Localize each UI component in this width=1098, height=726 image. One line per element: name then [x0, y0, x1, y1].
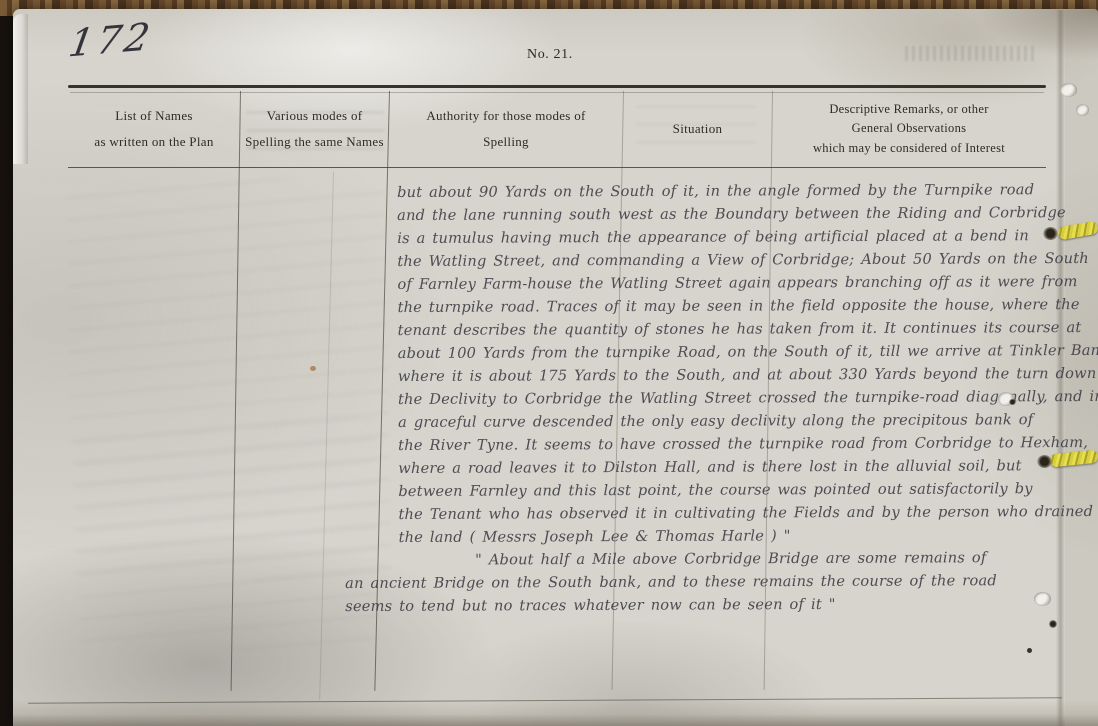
handwritten-line: but about 90 Yards on the South of it, i…	[397, 178, 1098, 204]
handwritten-line: between Farnley and this last point, the…	[398, 477, 1098, 503]
column-header-authority: Authority for those modes of Spelling	[391, 92, 621, 166]
page-curl-left	[13, 14, 28, 164]
header-line: Spelling the same Names	[245, 129, 384, 155]
handwritten-line: and the lane running south west as the B…	[397, 201, 1098, 227]
handwritten-line: the land ( Messrs Joseph Lee & Thomas Ha…	[399, 523, 1098, 549]
thread-hole	[1037, 455, 1052, 468]
header-line: Descriptive Remarks, or other	[829, 100, 988, 120]
header-line: Various modes of	[267, 103, 363, 129]
column-header-remarks: Descriptive Remarks, or other General Ob…	[774, 90, 1044, 168]
handwritten-line: a graceful curve descended the only easy…	[398, 408, 1098, 434]
punch-hole	[1009, 399, 1016, 405]
paper-speck	[1027, 648, 1032, 653]
handwritten-folio-number: 172	[66, 15, 156, 66]
header-line: Authority for those modes of	[426, 103, 585, 129]
handwritten-line: about 100 Yards from the turnpike Road, …	[398, 339, 1098, 365]
table-top-rule	[68, 85, 1046, 88]
handwritten-line: the Watling Street, and commanding a Vie…	[397, 247, 1098, 273]
header-line: General Observations	[852, 119, 967, 139]
header-line: as written on the Plan	[94, 129, 213, 155]
handwritten-line: the turnpike road. Traces of it may be s…	[398, 293, 1098, 319]
handwritten-line: the River Tyne. It seems to have crossed…	[398, 431, 1098, 457]
handwritten-line: the Tenant who has observed it in cultiv…	[398, 500, 1098, 526]
header-line: Situation	[673, 116, 723, 142]
column-header-spellings: Various modes of Spelling the same Names	[242, 92, 387, 166]
handwritten-line: tenant describes the quantity of stones …	[398, 316, 1098, 342]
header-line: List of Names	[115, 103, 193, 129]
handwritten-line: where it is about 175 Yards to the South…	[398, 362, 1098, 388]
column-header-situation: Situation	[625, 92, 770, 166]
handwritten-line: " About half a Mile above Corbridge Brid…	[345, 546, 997, 572]
handwritten-line: where a road leaves it to Dilston Hall, …	[398, 454, 1098, 480]
paper-speck	[310, 366, 316, 371]
handwritten-line: seems to tend but no traces whatever now…	[345, 592, 997, 618]
handwritten-remarks-paragraph-2: " About half a Mile above Corbridge Brid…	[345, 546, 997, 618]
punch-hole	[1076, 104, 1089, 116]
handwritten-remarks-paragraph-1: but about 90 Yards on the South of it, i…	[397, 178, 1098, 549]
scanned-ledger-photo: { "document": { "page_number": "172", "s…	[0, 0, 1098, 726]
printed-sheet-number: No. 21.	[527, 47, 573, 63]
handwritten-line: of Farnley Farm-house the Watling Street…	[397, 270, 1098, 296]
punch-hole	[1060, 83, 1077, 97]
header-line: Spelling	[483, 129, 529, 155]
punch-hole	[1049, 620, 1057, 628]
punch-hole	[1034, 592, 1051, 606]
header-line: which may be considered of Interest	[813, 139, 1005, 159]
handwritten-line: the Declivity to Corbridge the Watling S…	[398, 385, 1098, 411]
column-header-names: List of Names as written on the Plan	[70, 92, 238, 166]
thread-hole	[1043, 227, 1058, 240]
handwritten-line: is a tumulus having much the appearance …	[397, 224, 1098, 250]
handwritten-line: an ancient Bridge on the South bank, and…	[345, 569, 997, 595]
